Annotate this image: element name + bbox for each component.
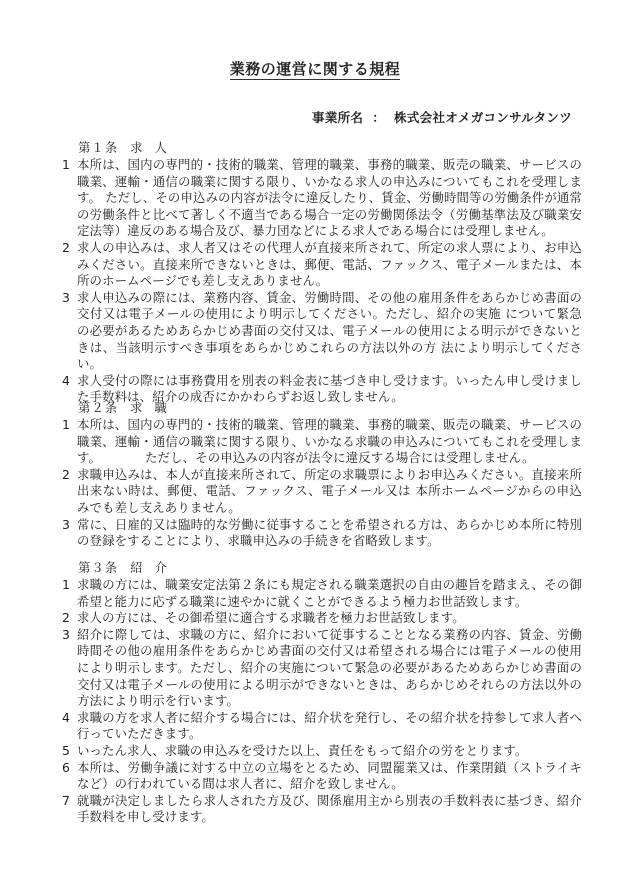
clause: 3紹介に際しては、求職の方に、紹介において従事することとなる業務の内容、賃金、労… (62, 627, 582, 710)
clause-text: 求職の方には、職業安定法第２条にも規定される職業選択の自由の趣旨を踏まえ、その御… (77, 577, 582, 610)
article-name: 紹 介 (130, 560, 171, 575)
clause-text: 就職が決定しましたら求人された方及び、関係雇用主から別表の手数料表に基づき、紹介… (77, 793, 582, 826)
clause-number: 4 (62, 710, 77, 743)
clause-text: いったん求人、求職の申込みを受けた以上、責任をもって紹介の労をとります。 (77, 743, 582, 760)
clause-number: 6 (62, 760, 77, 793)
clause: 1本所は、国内の専門的・技術的職業、管理的職業、事務的職業、販売の職業、サービス… (62, 417, 582, 467)
article-name: 求 職 (130, 400, 171, 415)
article-number: 第２条 (78, 400, 118, 415)
title-text: 業務の運営に関する規程 (230, 60, 401, 80)
clause-number: 2 (62, 610, 77, 627)
office-name: 株式会社オメガコンサルタンツ (394, 110, 572, 125)
document-title: 業務の運営に関する規程 (0, 58, 630, 79)
clause-number: 3 (62, 627, 77, 710)
clause-number: 3 (62, 290, 77, 373)
clause-text: 求職の方を求人者に紹介する場合には、紹介状を発行し、その紹介状を持参して求人者へ… (77, 710, 582, 743)
article-1: 第１条求 人 1本所は、国内の専門的・技術的職業、管理的職業、事務的職業、販売の… (62, 139, 582, 406)
article-number: 第１条 (78, 140, 118, 155)
clause-number: 2 (62, 240, 77, 290)
clause: 1求職の方には、職業安定法第２条にも規定される職業選択の自由の趣旨を踏まえ、その… (62, 577, 582, 610)
article-number: 第３条 (78, 560, 118, 575)
clause: 5いったん求人、求職の申込みを受けた以上、責任をもって紹介の労をとります。 (62, 743, 582, 760)
clause: 1本所は、国内の専門的・技術的職業、管理的職業、事務的職業、販売の職業、サービス… (62, 157, 582, 240)
clause-text: 求人の申込みは、求人者又はその代理人が直接来所されて、所定の求人票により、お申込… (77, 240, 582, 290)
clause-text: 本所は、労働争議に対する中立の立場をとるため、同盟罷業又は、作業閉鎖（ストライキ… (77, 760, 582, 793)
clause-number: 7 (62, 793, 77, 826)
clause: 2求人の方には、その御希望に適合する求職者を極力お世話致します。 (62, 610, 582, 627)
office-separator: ： (372, 110, 385, 125)
clause-number: 2 (62, 467, 77, 517)
article-heading: 第３条紹 介 (78, 559, 582, 576)
clause-text: 求人申込みの際には、業務内容、賃金、労働時間、その他の雇用条件をあらかじめ書面の… (77, 290, 582, 373)
clause: 4求職の方を求人者に紹介する場合には、紹介状を発行し、その紹介状を持参して求人者… (62, 710, 582, 743)
clause-text: 紹介に際しては、求職の方に、紹介において従事することとなる業務の内容、賃金、労働… (77, 627, 582, 710)
clause-text: 本所は、国内の専門的・技術的職業、管理的職業、事務的職業、販売の職業、サービスの… (77, 417, 582, 467)
clause-text: 常に、日雇的又は臨時的な労働に従事することを希望される方は、あらかじめ本所に特別… (77, 517, 582, 550)
clause-number: 1 (62, 417, 77, 467)
office-label: 事業所名 (312, 110, 363, 125)
clause-text: 求職申込みは、本人が直接来所されて、所定の求職票によりお申込みください。直接来所… (77, 467, 582, 517)
clause: 3求人申込みの際には、業務内容、賃金、労働時間、その他の雇用条件をあらかじめ書面… (62, 290, 582, 373)
clause: 6本所は、労働争議に対する中立の立場をとるため、同盟罷業又は、作業閉鎖（ストライ… (62, 760, 582, 793)
clause-text: 求人の方には、その御希望に適合する求職者を極力お世話致します。 (77, 610, 582, 627)
article-heading: 第１条求 人 (78, 139, 582, 156)
clause: 3常に、日雇的又は臨時的な労働に従事することを希望される方は、あらかじめ本所に特… (62, 517, 582, 550)
clause-text: 本所は、国内の専門的・技術的職業、管理的職業、事務的職業、販売の職業、サービスの… (77, 157, 582, 240)
clause-number: 3 (62, 517, 77, 550)
clause-number: 5 (62, 743, 77, 760)
clause-number: 1 (62, 157, 77, 240)
clause: 7就職が決定しましたら求人された方及び、関係雇用主から別表の手数料表に基づき、紹… (62, 793, 582, 826)
clause: 2求人の申込みは、求人者又はその代理人が直接来所されて、所定の求人票により、お申… (62, 240, 582, 290)
clause: 2求職申込みは、本人が直接来所されて、所定の求職票によりお申込みください。直接来… (62, 467, 582, 517)
article-name: 求 人 (130, 140, 171, 155)
article-2: 第２条求 職 1本所は、国内の専門的・技術的職業、管理的職業、事務的職業、販売の… (62, 399, 582, 550)
office-line: 事業所名：株式会社オメガコンサルタンツ (312, 108, 572, 126)
article-3: 第３条紹 介 1求職の方には、職業安定法第２条にも規定される職業選択の自由の趣旨… (62, 559, 582, 826)
clause-number: 1 (62, 577, 77, 610)
article-heading: 第２条求 職 (78, 399, 582, 416)
